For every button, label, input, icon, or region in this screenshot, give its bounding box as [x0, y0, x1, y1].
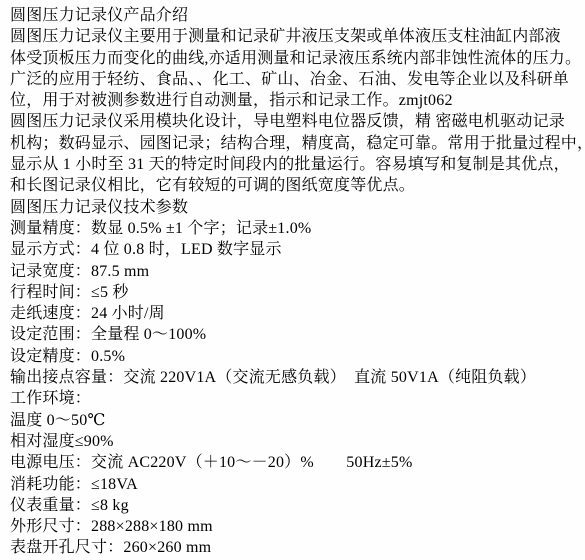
spec-line-panel-cutout-dimensions: 表盘开孔尺寸：260×260 mm	[10, 537, 581, 558]
spec-line-record-width: 记录宽度：87.5 mm	[10, 261, 581, 282]
intro-line: 体受顶板压力而变化的曲线,亦适用测量和记录液压系统内部非蚀性流体的压力。	[10, 48, 581, 69]
spec-line-measurement-accuracy: 测量精度：数显 0.5% ±1 个字；记录±1.0%	[10, 218, 581, 239]
spec-line-working-environment: 工作环境：	[10, 388, 581, 409]
intro-line: 显示从 1 小时至 31 天的特定时间段内的批量运行。容易填写和复制是其优点，	[10, 154, 581, 175]
spec-line-power-consumption: 消耗功能：≤18VA	[10, 474, 581, 495]
page-title: 圆图压力记录仪产品介绍	[10, 5, 581, 26]
spec-line-relative-humidity: 相对湿度≤90%	[10, 431, 581, 452]
spec-line-overall-dimensions: 外形尺寸：288×288×180 mm	[10, 516, 581, 537]
spec-line-setting-range: 设定范围：全量程 0～100%	[10, 324, 581, 345]
spec-line-paper-speed: 走纸速度：24 小时/周	[10, 303, 581, 324]
intro-line: 圆图压力记录仪主要用于测量和记录矿井液压支架或单体液压支柱油缸内部液	[10, 26, 581, 47]
spec-line-travel-time: 行程时间：≤5 秒	[10, 282, 581, 303]
spec-line-output-contact-capacity: 输出接点容量：交流 220V1A（交流无感负载） 直流 50V1A（纯阻负载）	[10, 367, 581, 388]
spec-line-display-mode: 显示方式：4 位 0.8 时，LED 数字显示	[10, 239, 581, 260]
intro-line: 和长图记录仪相比，它有较短的可调的图纸宽度等优点。	[10, 175, 581, 196]
spec-line-power-supply: 电源电压：交流 AC220V（＋10～－20）% 50Hz±5%	[10, 452, 581, 473]
intro-line: 机构；数码显示、园图记录；结构合理，精度高，稳定可靠。常用于批量过程中，	[10, 133, 581, 154]
spec-line-temperature: 温度 0～50℃	[10, 410, 581, 431]
intro-line: 圆图压力记录仪采用模块化设计，导电塑料电位器反馈，精 密磁电机驱动记录	[10, 111, 581, 132]
spec-line-setting-accuracy: 设定精度：0.5%	[10, 346, 581, 367]
intro-line: 位，用于对被测参数进行自动测量，指示和记录工作。zmjt062	[10, 90, 581, 111]
product-document: 圆图压力记录仪产品介绍 圆图压力记录仪主要用于测量和记录矿井液压支架或单体液压支…	[0, 0, 585, 560]
spec-line-instrument-weight: 仪表重量：≤8 kg	[10, 495, 581, 516]
section-title-tech-params: 圆图压力记录仪技术参数	[10, 197, 581, 218]
intro-line: 广泛的应用于轻纺、食品、、化工、矿山、冶金、石油、发电等企业以及科研单	[10, 69, 581, 90]
